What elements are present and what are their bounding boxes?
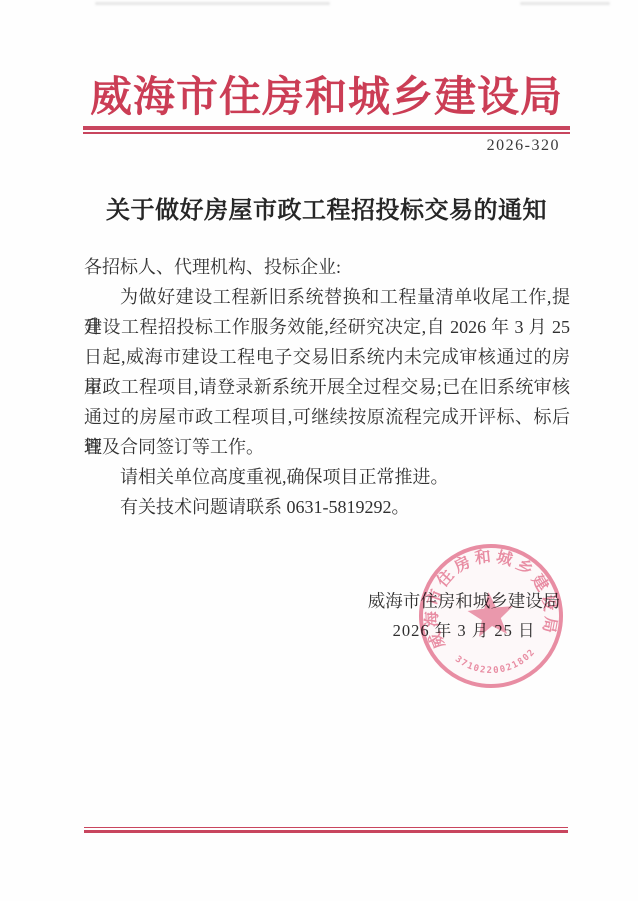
footer-double-rule	[84, 827, 568, 833]
body-line: 有关技术问题请联系 0631-5819292。	[84, 492, 570, 522]
body-line: 通过的房屋市政工程项目,可继续按原流程完成开评标、标后管	[84, 402, 570, 432]
body-line: 请相关单位高度重视,确保项目正常推进。	[84, 462, 570, 492]
scan-artifact	[95, 2, 330, 5]
header-double-rule	[83, 126, 570, 134]
body-line: 理及合同签订等工作。	[84, 432, 570, 462]
document-number: 2026-320	[487, 137, 560, 155]
body-line: 各招标人、代理机构、投标企业:	[84, 252, 570, 282]
letterhead-title: 威海市住房和城乡建设局	[83, 70, 570, 126]
document-page: 威海市住房和城乡建设局 2026-320 关于做好房屋市政工程招投标交易的通知 …	[0, 0, 638, 901]
document-title: 关于做好房屋市政工程招投标交易的通知	[83, 190, 570, 225]
scan-artifact	[520, 2, 610, 5]
body-line: 日起,威海市建设工程电子交易旧系统内未完成审核通过的房屋	[84, 342, 570, 372]
body-line: 建设工程招投标工作服务效能,经研究决定,自 2026 年 3 月 25	[84, 312, 570, 342]
document-body: 各招标人、代理机构、投标企业:为做好建设工程新旧系统替换和工程量清单收尾工作,提…	[84, 252, 570, 522]
body-line: 为做好建设工程新旧系统替换和工程量清单收尾工作,提升	[84, 282, 570, 312]
official-seal: 威海市住房和城乡建设局 3710220021802	[398, 523, 585, 710]
body-line: 市政工程项目,请登录新系统开展全过程交易;已在旧系统审核	[84, 372, 570, 402]
